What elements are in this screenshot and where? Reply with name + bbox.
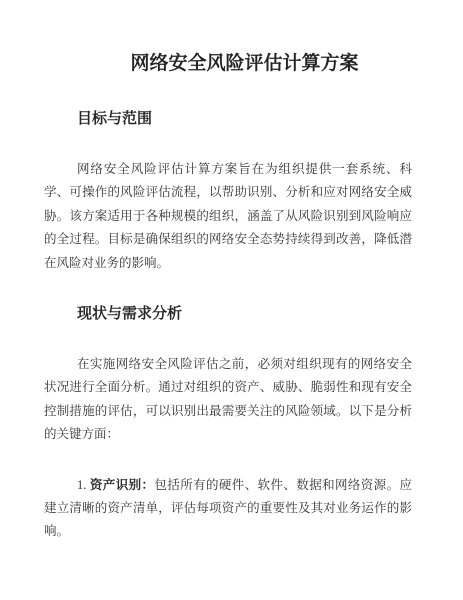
document-title: 网络安全风险评估计算方案 — [44, 49, 412, 79]
section-heading-status-needs-analysis: 现状与需求分析 — [44, 302, 412, 326]
paragraph-status-needs-analysis: 在实施网络安全风险评估之前，必须对组织现有的网络安全状况进行全面分析。通过对组织… — [44, 353, 412, 447]
list-item-label: 资产识别： — [90, 478, 155, 492]
section-heading-goals-scope: 目标与范围 — [44, 107, 412, 131]
document-page: 网络安全风险评估计算方案 目标与范围 网络安全风险评估计算方案旨在为组织提供一套… — [0, 0, 463, 600]
list-item-asset-identification: 1. 资产识别：包括所有的硬件、软件、数据和网络资源。应建立清晰的资产清单，评估… — [44, 474, 412, 544]
list-item-number: 1. — [77, 478, 90, 492]
paragraph-goals-scope: 网络安全风险评估计算方案旨在为组织提供一套系统、科学、可操作的风险评估流程，以帮… — [44, 158, 412, 275]
